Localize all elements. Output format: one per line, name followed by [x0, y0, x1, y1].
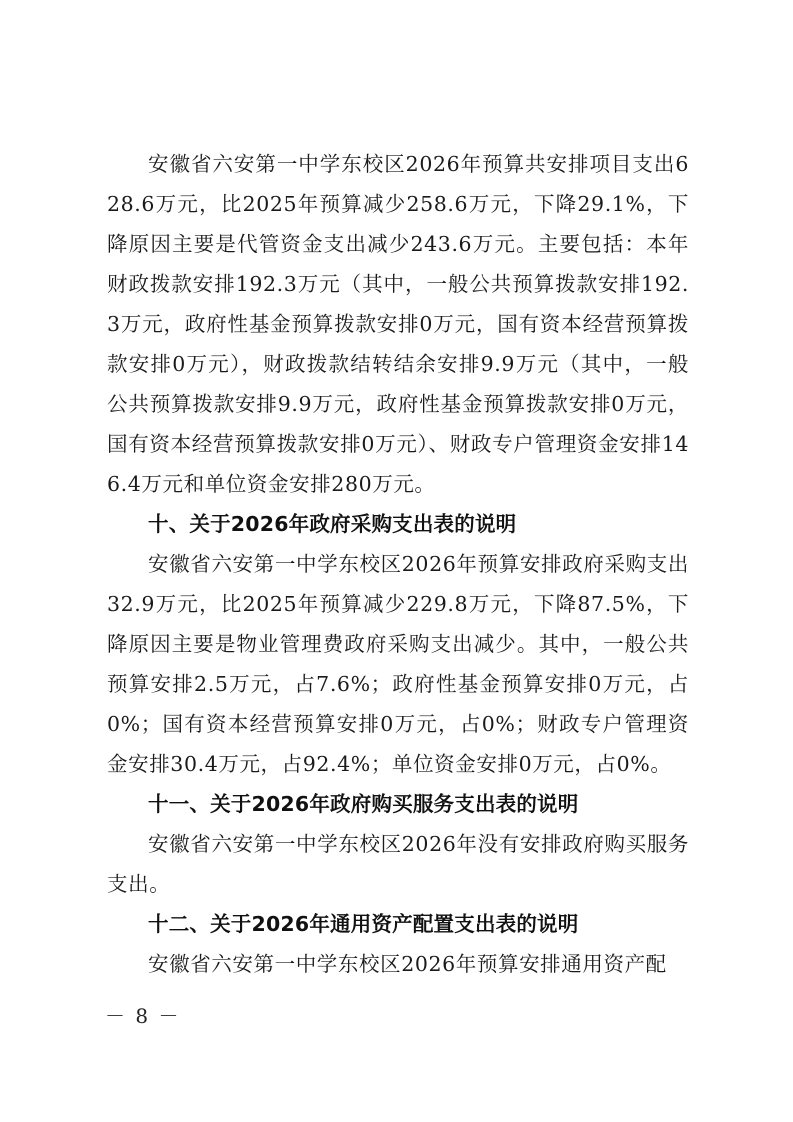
document-body: 安徽省六安第一中学东校区2026年预算共安排项目支出628.6万元，比2025年…	[107, 144, 689, 984]
section-heading-10: 十、关于2026年政府采购支出表的说明	[107, 504, 689, 544]
section-heading-12: 十二、关于2026年通用资产配置支出表的说明	[107, 904, 689, 944]
paragraph-general-asset-allocation: 安徽省六安第一中学东校区2026年预算安排通用资产配	[107, 944, 689, 984]
paragraph-government-procurement: 安徽省六安第一中学东校区2026年预算安排政府采购支出32.9万元，比2025年…	[107, 544, 689, 784]
page-number: － 8 －	[105, 1000, 180, 1029]
paragraph-government-purchased-services: 安徽省六安第一中学东校区2026年没有安排政府购买服务支出。	[107, 824, 689, 904]
paragraph-project-expenditure: 安徽省六安第一中学东校区2026年预算共安排项目支出628.6万元，比2025年…	[107, 144, 689, 504]
section-heading-11: 十一、关于2026年政府购买服务支出表的说明	[107, 784, 689, 824]
document-page: 安徽省六安第一中学东校区2026年预算共安排项目支出628.6万元，比2025年…	[0, 0, 793, 1122]
